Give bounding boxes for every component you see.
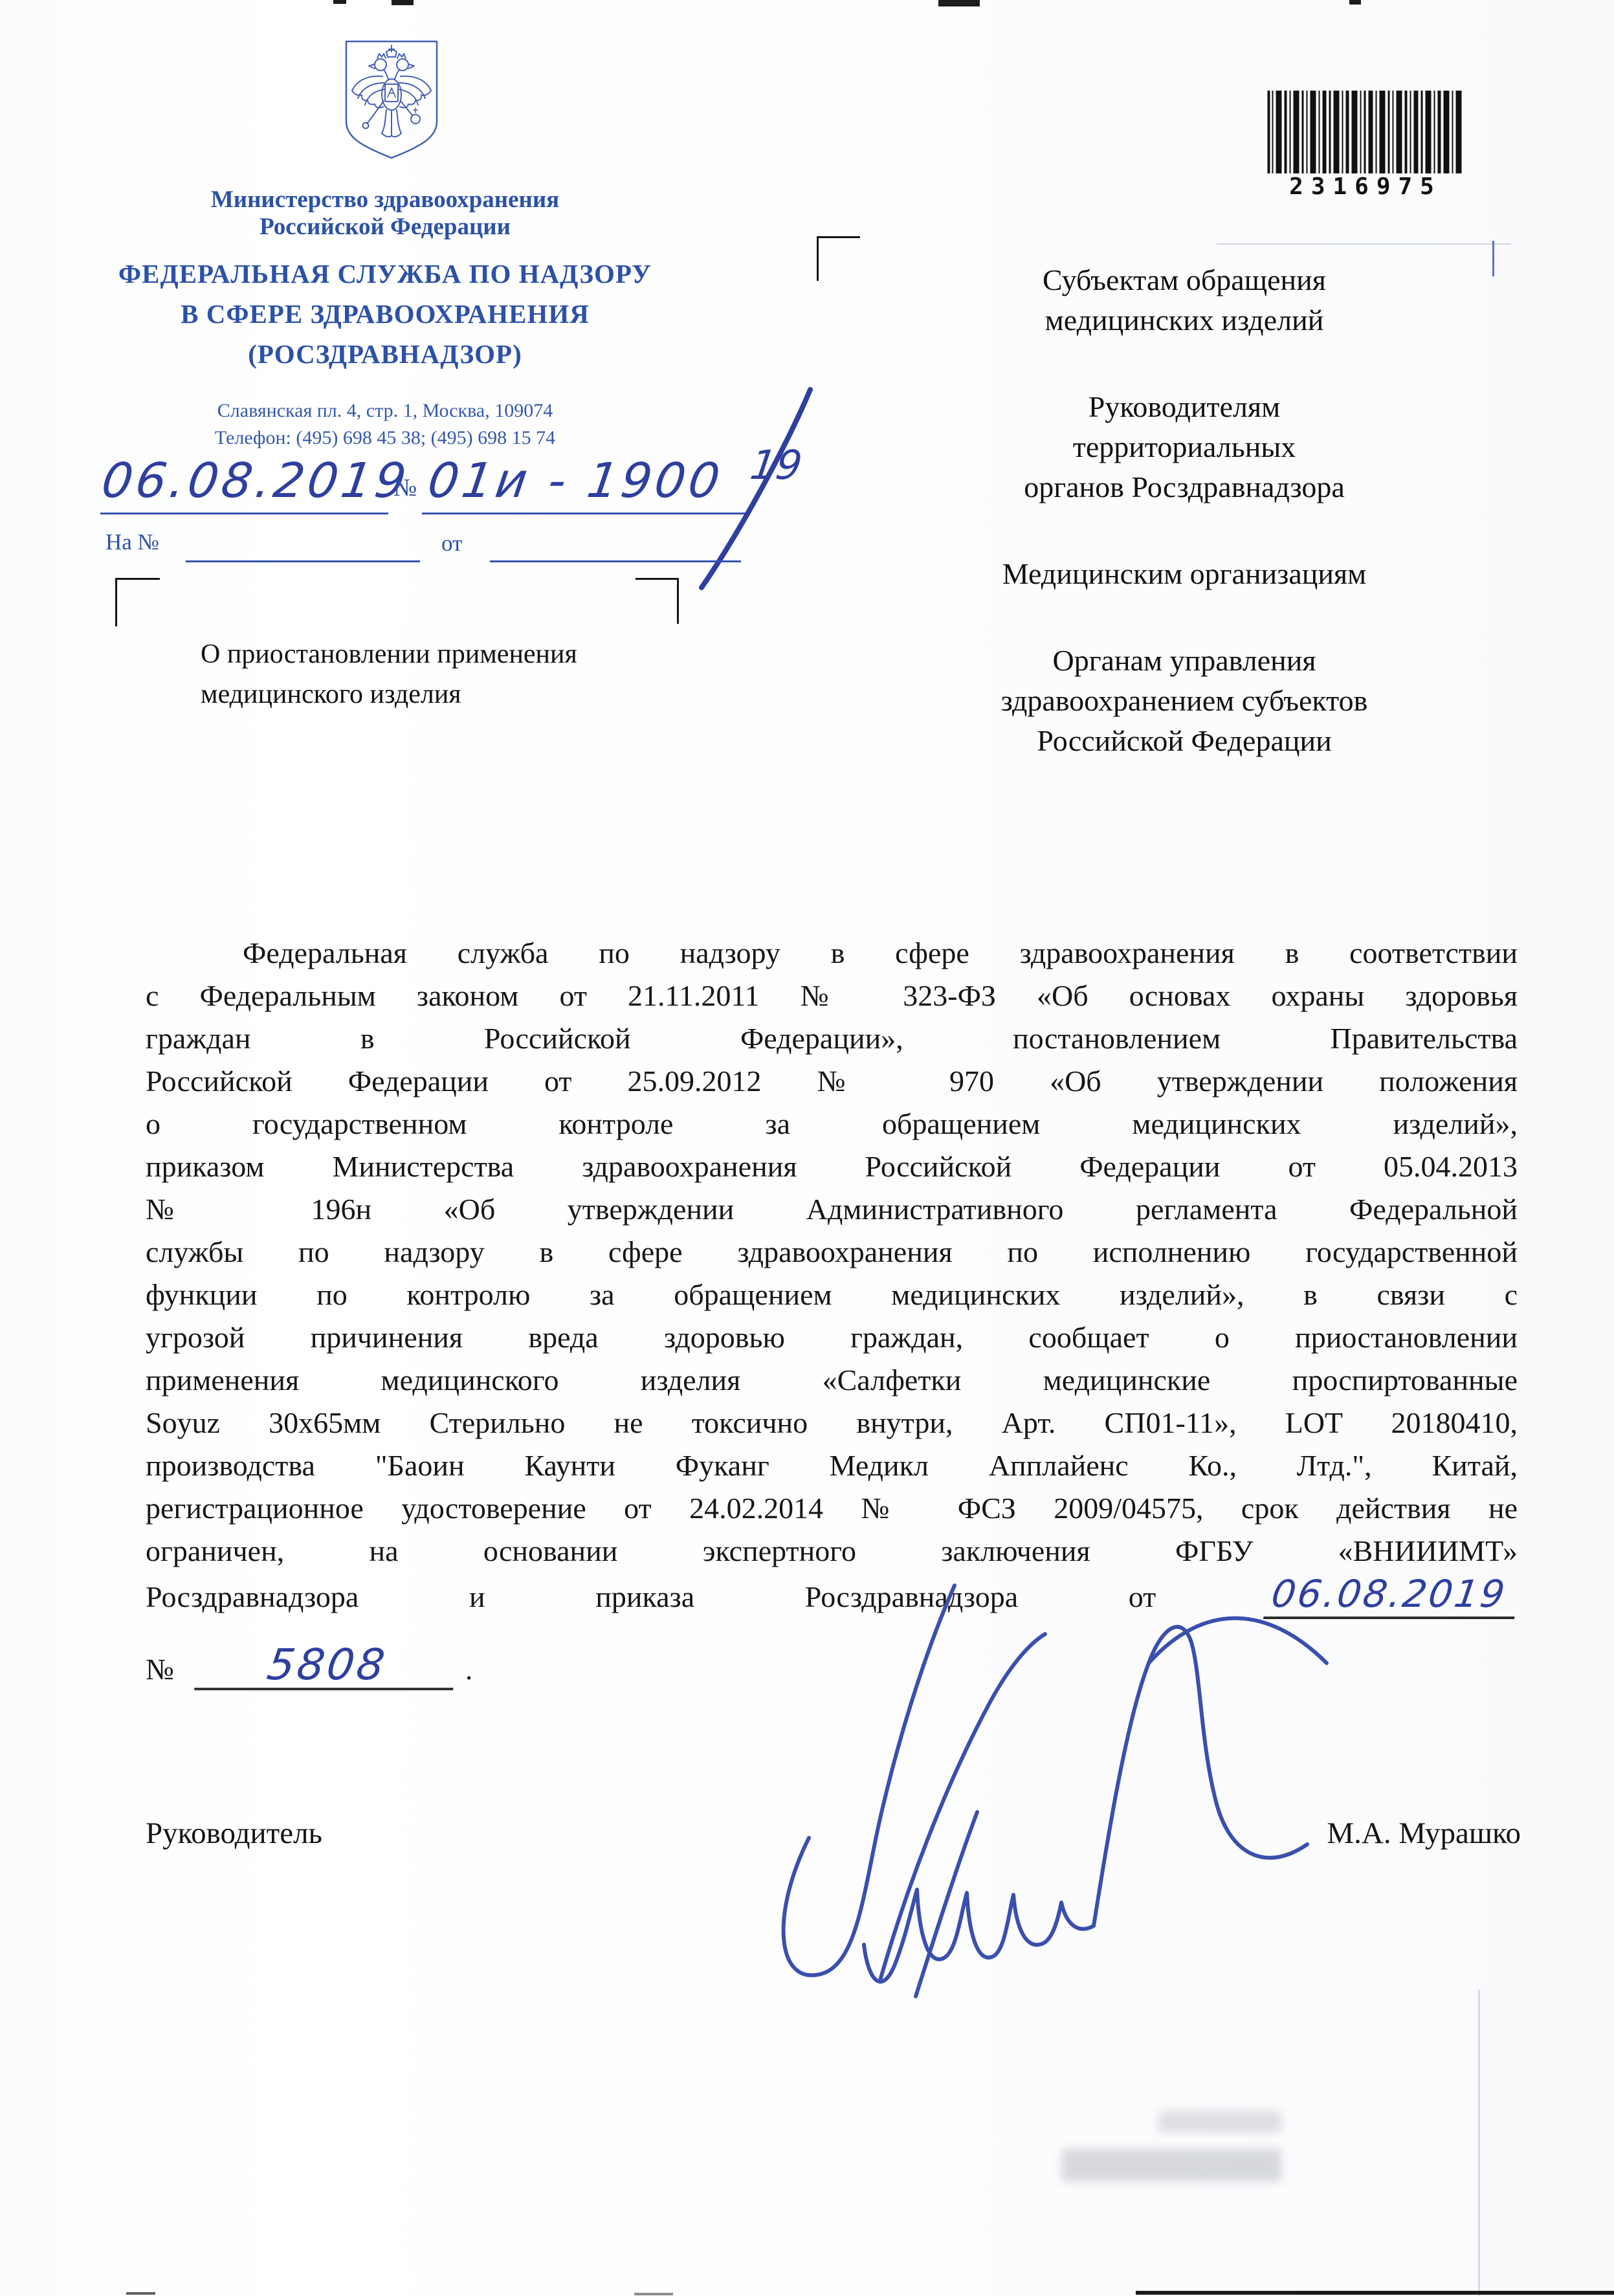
scan-artifact: [392, 0, 414, 5]
body-line: № 196н «Об утверждении Административного…: [146, 1188, 1518, 1231]
handwritten-order-number: 5808: [194, 1644, 459, 1690]
subject-line2: медицинского изделия: [201, 674, 718, 714]
recipient-line: органов Росздравнадзора: [877, 467, 1492, 507]
body-line: приказом Министерства здравоохранения Ро…: [146, 1145, 1518, 1188]
corner-mark: [636, 578, 679, 624]
recipient-line: Российской Федерации: [877, 721, 1492, 761]
letterhead-address: Славянская пл. 4, стр. 1, Москва, 109074: [97, 397, 673, 425]
service-name-line3: (РОСЗДРАВНАДЗОР): [97, 334, 673, 374]
scan-artifact: [1478, 1990, 1480, 2296]
recipient-group: Медицинским организациям: [877, 554, 1492, 594]
service-name-line1: ФЕДЕРАЛЬНАЯ СЛУЖБА ПО НАДЗОРУ: [97, 254, 673, 294]
recipient-group: Органам управления здравоохранением субъ…: [877, 641, 1492, 761]
number-sign-label: №: [393, 474, 417, 502]
handwritten-signature: [731, 1566, 1365, 2038]
scan-artifact: [333, 0, 346, 4]
scanned-letter-page: Министерство здравоохранения Российской …: [0, 0, 1614, 2296]
ministry-name-line1: Министерство здравоохранения: [97, 186, 673, 214]
handwritten-number-suffix: 19: [747, 441, 805, 489]
body-line: производства "Баоин Каунти Фуканг Медикл…: [146, 1444, 1518, 1487]
ot-underline: [490, 560, 741, 562]
body-line: службы по надзору в сфере здравоохранени…: [146, 1231, 1518, 1274]
body-line: Soyuz 30х65мм Стерильно не токсично внут…: [146, 1402, 1518, 1444]
number-sign-label: №: [146, 1648, 174, 1691]
recipient-line: медицинских изделий: [877, 300, 1492, 340]
body-word: Росздравнадзора: [146, 1576, 359, 1618]
ot-label: от: [441, 531, 462, 557]
body-line: о государственном контроле за обращением…: [146, 1103, 1518, 1145]
body-word: приказа: [595, 1576, 694, 1618]
corner-mark: [817, 236, 860, 281]
ministry-name-line2: Российской Федерации: [97, 214, 673, 241]
subject-block: О приостановлении применения медицинског…: [201, 634, 718, 714]
recipients-block: Субъектам обращения медицинских изделий …: [877, 260, 1492, 808]
service-name-line2: В СФЕРЕ ЗДРАВООХРАНЕНИЯ: [97, 294, 673, 334]
date-underline: [100, 513, 388, 514]
body-word: и: [469, 1576, 485, 1618]
recipient-group: Субъектам обращения медицинских изделий: [877, 260, 1492, 340]
barcode: [1266, 91, 1463, 173]
recipient-line: Органам управления: [877, 641, 1492, 681]
subject-line1: О приостановлении применения: [201, 634, 718, 674]
recipient-group: Руководителям территориальных органов Ро…: [877, 387, 1492, 507]
body-line: функции по контролю за обращением медици…: [146, 1274, 1518, 1316]
barcode-number: 2316975: [1262, 173, 1469, 200]
body-line: Федеральная служба по надзору в сфере зд…: [146, 932, 1518, 975]
letterhead-phone: Телефон: (495) 698 45 38; (495) 698 15 7…: [97, 425, 673, 452]
body-line: Российской Федерации от 25.09.2012 № 970…: [146, 1060, 1518, 1103]
scan-artifact: [1136, 2291, 1614, 2295]
na-no-label: На №: [105, 529, 159, 555]
recipient-line: Руководителям: [877, 387, 1492, 427]
bleedthrough-artifact: [1061, 2148, 1281, 2182]
corner-mark: [1492, 241, 1494, 276]
recipient-line: Медицинским организациям: [877, 554, 1492, 594]
recipient-line: территориальных: [877, 427, 1492, 467]
scan-artifact: [938, 0, 980, 6]
corner-mark: [115, 578, 160, 626]
scan-artifact: [634, 2293, 673, 2295]
body-line: применения медицинского изделия «Салфетк…: [146, 1359, 1518, 1402]
period: .: [465, 1648, 473, 1691]
bleedthrough-artifact: [1158, 2111, 1281, 2133]
scan-artifact: [1217, 243, 1511, 245]
body-line: с Федеральным законом от 21.11.2011 № 32…: [146, 975, 1518, 1017]
recipient-line: Субъектам обращения: [877, 260, 1492, 300]
body-line: регистрационное удостоверение от 24.02.2…: [146, 1487, 1518, 1530]
body-line: граждан в Российской Федерации», постано…: [146, 1017, 1518, 1060]
scan-artifact: [126, 2292, 155, 2295]
recipient-line: здравоохранением субъектов: [877, 681, 1492, 721]
body-line: угрозой причинения вреда здоровью гражда…: [146, 1316, 1518, 1359]
handwritten-letter-date: 06.08.2019: [98, 453, 413, 509]
signer-title: Руководитель: [146, 1816, 322, 1851]
scan-artifact: [1349, 0, 1361, 5]
na-no-underline: [186, 560, 420, 562]
russia-coat-of-arms-icon: [340, 38, 443, 164]
